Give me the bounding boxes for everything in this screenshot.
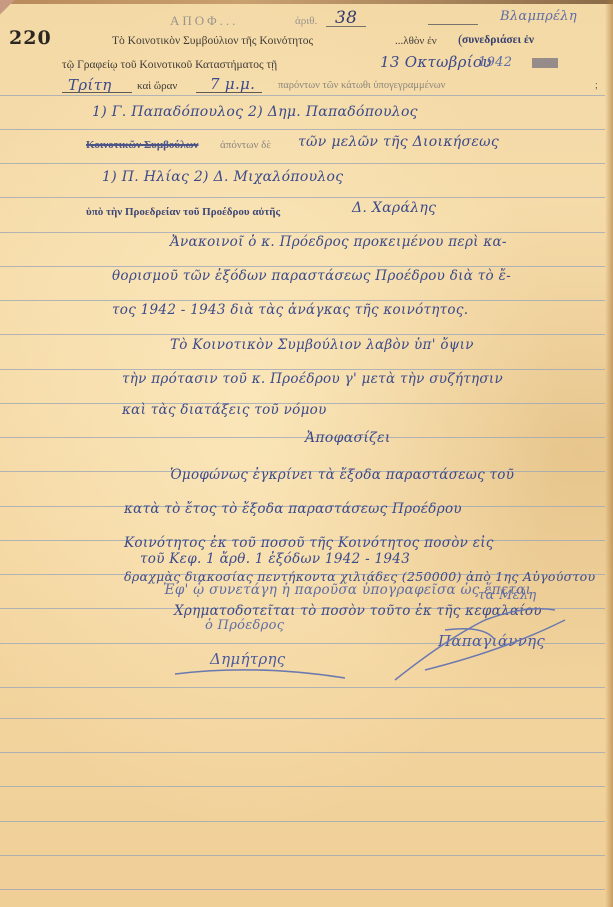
header-line-1: Τὸ Κοινοτικὸν Συμβούλιον τῆς Κοινότητος xyxy=(112,35,313,47)
page-binding-edge xyxy=(605,0,613,907)
number-underline xyxy=(326,26,366,27)
closing-line: Ἐφ' ᾧ συνετάγη ἡ παροῦσα ὑπογραφεῖσα ὡς … xyxy=(163,582,531,598)
ruled-line xyxy=(0,821,605,822)
absent-label: ἀπόντων δὲ xyxy=(220,139,271,151)
number-label: ἀριθ. xyxy=(295,15,317,27)
absent-members: 1) Π. Ηλίας 2) Δ. Μιχαλόπουλος xyxy=(102,169,343,185)
page-top-edge xyxy=(0,0,613,4)
body-line: Ἀνακοινοῖ ὁ κ. Πρόεδρος προκειμένου περὶ… xyxy=(170,234,507,250)
president-title: ὁ Πρόεδρος xyxy=(205,618,284,633)
ruled-line xyxy=(0,718,605,719)
ledger-page: 220 ΑΠΟΦ... ἀριθ. 38 Βλαμπρέλη Τὸ Κοινοτ… xyxy=(0,0,613,907)
meeting-time: 7 μ.μ. xyxy=(210,75,255,93)
ruled-line xyxy=(0,369,605,370)
header-line-2: τῷ Γραφείῳ τοῦ Κοινοτικοῦ Καταστήματος τ… xyxy=(62,59,277,71)
body-line: Τὸ Κοινοτικὸν Συμβούλιον λαβὸν ὑπ' ὄψιν xyxy=(170,337,474,353)
body-line: καὶ τὰς διατάξεις τοῦ νόμου xyxy=(122,402,327,418)
presidency-label: ὑπὸ τὴν Προεδρείαν τοῦ Προέδρου αὐτῆς xyxy=(86,206,280,218)
member-signature-flourish xyxy=(385,600,575,690)
councillors-label: Κοινοτικῶν Συμβούλων xyxy=(86,139,198,151)
decision-line: κατὰ τὸ ἔτος τὸ ἔξοδα παραστάσεως Προέδρ… xyxy=(124,501,462,517)
blank-underline xyxy=(428,24,478,25)
time-label: καὶ ὥραν xyxy=(137,80,177,92)
ruled-line xyxy=(0,232,605,233)
ruled-line xyxy=(0,300,605,301)
ruled-line xyxy=(0,889,605,890)
decision-line: τοῦ Κεφ. 1 ἄρθ. 1 ἐξόδων 1942 - 1943 xyxy=(140,551,410,567)
meeting-year: 1942 xyxy=(478,55,512,70)
ruled-line xyxy=(0,95,605,96)
ruled-line xyxy=(0,786,605,787)
ruled-line xyxy=(0,197,605,198)
ruled-line xyxy=(0,266,605,267)
decision-line: Ὁμοφώνως ἐγκρίνει τὰ ἔξοδα παραστάσεως τ… xyxy=(170,467,514,483)
community-name: Βλαμπρέλη xyxy=(500,9,577,24)
page-number: 220 xyxy=(9,27,52,49)
day-stamp: ἡμέρᾳ xyxy=(532,58,558,68)
day-underline xyxy=(62,92,132,93)
ruled-line xyxy=(0,163,605,164)
document-title: ΑΠΟΦ... xyxy=(170,13,238,29)
decision-heading: Ἀποφασίζει xyxy=(305,430,391,446)
body-line: θορισμοῦ τῶν ἐξόδων παραστάσεως Προέδρου… xyxy=(112,268,511,284)
page-corner xyxy=(0,0,18,18)
president-name: Δ. Χαράλης xyxy=(352,200,436,216)
present-members: 1) Γ. Παπαδόπουλος 2) Δημ. Παπαδόπουλος xyxy=(92,104,418,120)
body-line: τος 1942 - 1943 διὰ τὰς ἀνάγκας τῆς κοιν… xyxy=(112,302,468,318)
ruled-line xyxy=(0,752,605,753)
ruled-line xyxy=(0,334,605,335)
ruled-line xyxy=(0,129,605,130)
absent-members-heading: τῶν μελῶν τῆς Διοικήσεως xyxy=(298,134,499,150)
decision-line: Κοινότητος ἐκ τοῦ ποσοῦ τῆς Κοινότητος π… xyxy=(124,535,494,551)
time-underline xyxy=(196,92,262,93)
header-line-1-end: ...λθὸν ἐν xyxy=(395,35,437,47)
session-stamp: συνεδριάσει ἐν xyxy=(462,34,534,46)
president-signature-flourish xyxy=(165,660,355,690)
meeting-date: 13 Οκτωβρίου xyxy=(380,53,492,71)
body-line: τὴν πρότασιν τοῦ κ. Προέδρου γ' μετὰ τὴν… xyxy=(122,371,503,387)
decision-number: 38 xyxy=(335,8,357,28)
ruled-line xyxy=(0,855,605,856)
ruled-line xyxy=(0,437,605,438)
header-line-3: παρόντων τῶν κάτωθι ὑπογεγραμμένων xyxy=(278,80,445,91)
